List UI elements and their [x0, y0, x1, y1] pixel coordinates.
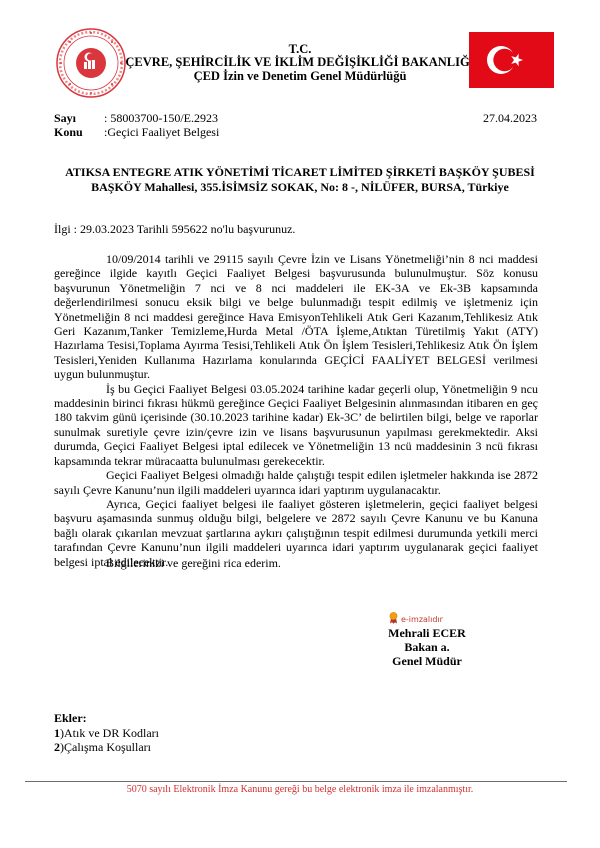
attachment-text: )Çalışma Koşulları — [60, 740, 151, 754]
header-ministry: ÇEVRE, ŞEHİRCİLİK VE İKLİM DEĞİŞİKLİĞİ B… — [100, 55, 500, 70]
ilgi-text: İlgi : 29.03.2023 Tarihli 595622 no'lu b… — [54, 222, 538, 236]
footer-divider — [25, 781, 567, 782]
paragraph-3: Geçici Faaliyet Belgesi olmadığı halde ç… — [54, 468, 538, 497]
recipient-address: BAŞKÖY Mahallesi, 355.İSİMSİZ SOKAK, No:… — [40, 180, 560, 195]
recipient-name: ATIKSA ENTEGRE ATIK YÖNETİMİ TİCARET LİM… — [40, 165, 560, 180]
paragraph-2: İş bu Geçici Faaliyet Belgesi 03.05.2024… — [54, 382, 538, 468]
konu-value: :Geçici Faaliyet Belgesi — [104, 125, 219, 139]
attachments: Ekler: 1)Atık ve DR Kodları 2)Çalışma Ko… — [54, 711, 159, 755]
attachment-item[interactable]: 1)Atık ve DR Kodları — [54, 726, 159, 741]
closing-line: Bilgilerinizi ve gereğini rica ederim. — [54, 556, 538, 570]
paragraph-1: 10/09/2014 tarihli ve 29115 sayılı Çevre… — [54, 252, 538, 382]
sayi-value: : 58003700-150/E.2923 — [104, 111, 218, 125]
footer-esign-notice: 5070 sayılı Elektronik İmza Kanunu gereğ… — [0, 784, 600, 795]
turkish-flag-icon — [469, 32, 554, 88]
sayi-row: Sayı: 58003700-150/E.2923 — [54, 111, 218, 126]
attachment-item[interactable]: 2)Çalışma Koşulları — [54, 740, 159, 755]
sayi-label: Sayı — [54, 111, 104, 126]
e-signature-badge: e-imzalıdır — [389, 612, 443, 626]
e-signature-text: e-imzalıdır — [401, 615, 443, 624]
e-signature-medal-icon — [389, 612, 398, 626]
header-directorate: ÇED İzin ve Denetim Genel Müdürlüğü — [120, 69, 480, 84]
ilgi-line: İlgi : 29.03.2023 Tarihli 595622 no'lu b… — [54, 222, 538, 236]
attachments-label: Ekler: — [54, 711, 159, 726]
konu-label: Konu — [54, 125, 104, 140]
konu-row: Konu:Geçici Faaliyet Belgesi — [54, 125, 219, 140]
signatory-title-2: Genel Müdür — [372, 654, 482, 668]
closing-text: Bilgilerinizi ve gereğini rica ederim. — [54, 556, 538, 570]
signatory-title-1: Bakan a. — [372, 640, 482, 654]
letter-body: 10/09/2014 tarihli ve 29115 sayılı Çevre… — [54, 252, 538, 569]
document-date: 27.04.2023 — [483, 111, 537, 126]
signatory-name: Mehrali ECER — [372, 626, 482, 640]
attachment-text: )Atık ve DR Kodları — [60, 726, 159, 740]
